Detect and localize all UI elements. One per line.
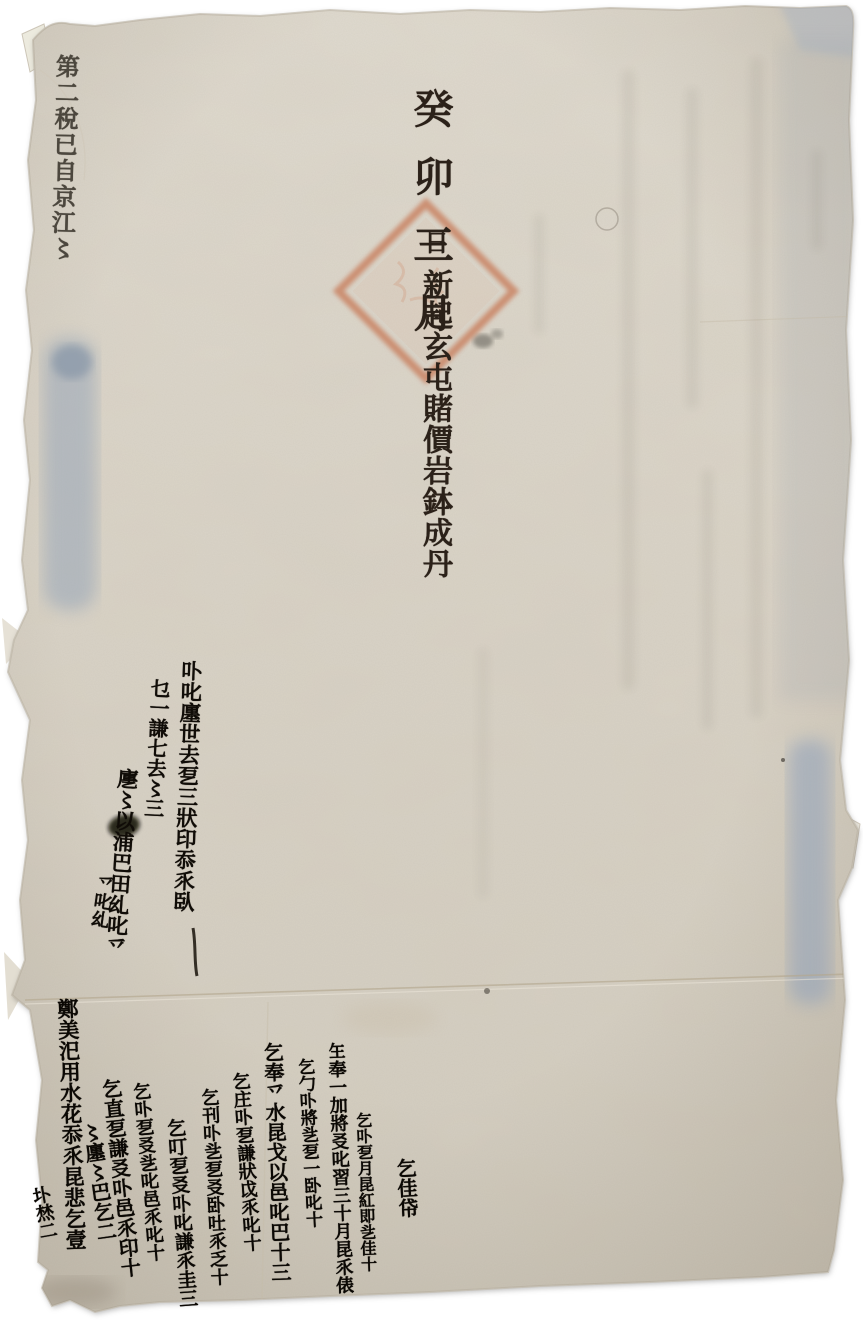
bottom-entry-column: 乞佳帒: [390, 1157, 422, 1218]
margin-note-column: 第二稅已自京江〻: [43, 54, 83, 263]
ink-smudge: [473, 334, 493, 348]
manuscript-photo: 第二稅已自京江〻 癸卯三月 日新起玄屯賭價岩鉢成丹 卟叱廛世去乭三狀印忝乑臥 乜…: [0, 0, 863, 1324]
title-text: 新起玄屯賭價岩鉢成丹: [417, 269, 452, 579]
blue-stain-right: [789, 740, 831, 1004]
title-column: 日新起玄屯賭價岩鉢成丹: [412, 228, 456, 579]
day-marker: 日: [420, 228, 449, 269]
